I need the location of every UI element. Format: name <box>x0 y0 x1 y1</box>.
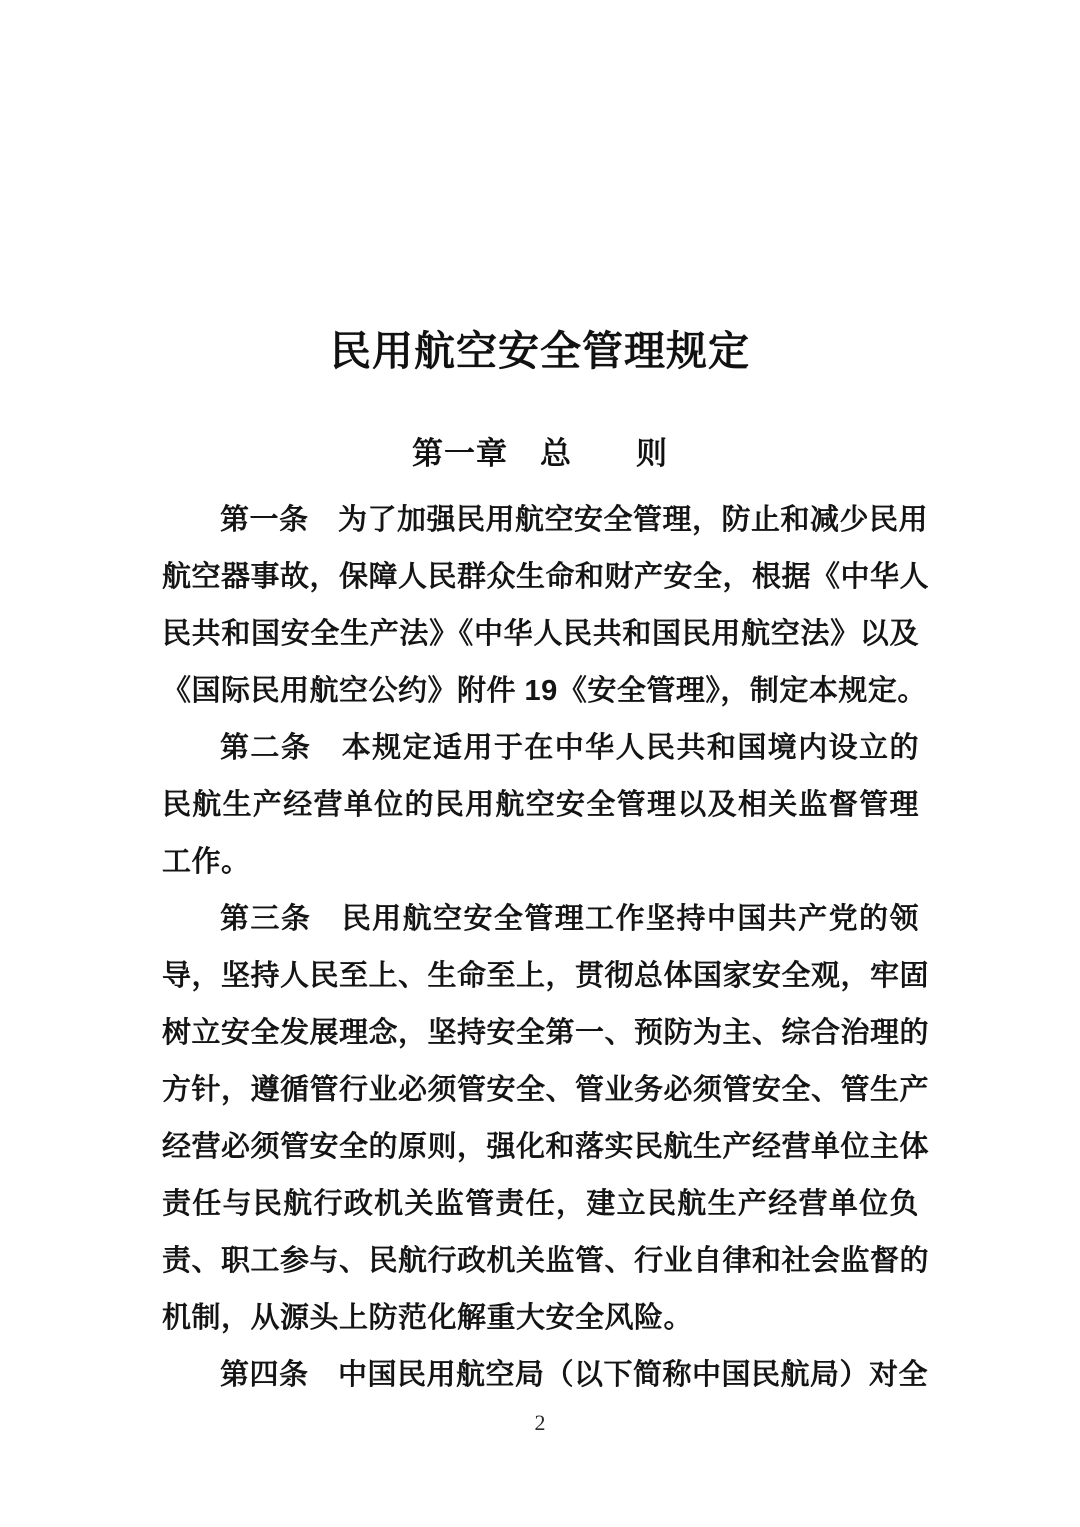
article-1-paragraph: 第一条 为了加强民用航空安全管理，防止和减少民用 航空器事故，保障人民群众生命和… <box>162 492 919 720</box>
paragraph-line: 方针，遵循管行业必须管安全、管业务必须管安全、管生产 <box>162 1062 919 1119</box>
paragraph-line: 责任与民航行政机关监管责任，建立民航生产经营单位负 <box>162 1176 919 1233</box>
document-title: 民用航空安全管理规定 <box>0 318 1080 377</box>
article-2-paragraph: 第二条 本规定适用于在中华人民共和国境内设立的 民航生产经营单位的民用航空安全管… <box>162 720 919 891</box>
paragraph-line: 第四条 中国民用航空局（以下简称中国民航局）对全 <box>162 1347 919 1404</box>
document-page: 民用航空安全管理规定 第一章 总 则 第一条 为了加强民用航空安全管理，防止和减… <box>0 0 1080 1527</box>
article-4-paragraph: 第四条 中国民用航空局（以下简称中国民航局）对全 <box>162 1347 919 1404</box>
paragraph-line: 树立安全发展理念，坚持安全第一、预防为主、综合治理的 <box>162 1005 919 1062</box>
paragraph-line: 责、职工参与、民航行政机关监管、行业自律和社会监督的 <box>162 1233 919 1290</box>
paragraph-line: 经营必须管安全的原则，强化和落实民航生产经营单位主体 <box>162 1119 919 1176</box>
paragraph-line: 第二条 本规定适用于在中华人民共和国境内设立的 <box>162 720 919 777</box>
paragraph-line: 导，坚持人民至上、生命至上，贯彻总体国家安全观，牢固 <box>162 948 919 1005</box>
paragraph-line: 第三条 民用航空安全管理工作坚持中国共产党的领 <box>162 891 919 948</box>
paragraph-line: 航空器事故，保障人民群众生命和财产安全，根据《中华人 <box>162 549 919 606</box>
document-body: 第一条 为了加强民用航空安全管理，防止和减少民用 航空器事故，保障人民群众生命和… <box>162 492 919 1404</box>
article-3-paragraph: 第三条 民用航空安全管理工作坚持中国共产党的领 导，坚持人民至上、生命至上，贯彻… <box>162 891 919 1347</box>
paragraph-line: 机制，从源头上防范化解重大安全风险。 <box>162 1290 919 1347</box>
paragraph-line: 民共和国安全生产法》《中华人民共和国民用航空法》以及 <box>162 606 919 663</box>
paragraph-line: 工作。 <box>162 834 919 891</box>
chapter-heading: 第一章 总 则 <box>0 428 1080 473</box>
paragraph-line: 民航生产经营单位的民用航空安全管理以及相关监督管理 <box>162 777 919 834</box>
paragraph-line: 第一条 为了加强民用航空安全管理，防止和减少民用 <box>162 492 919 549</box>
page-number: 2 <box>0 1410 1080 1436</box>
paragraph-line: 《国际民用航空公约》附件 19《安全管理》，制定本规定。 <box>162 663 919 720</box>
